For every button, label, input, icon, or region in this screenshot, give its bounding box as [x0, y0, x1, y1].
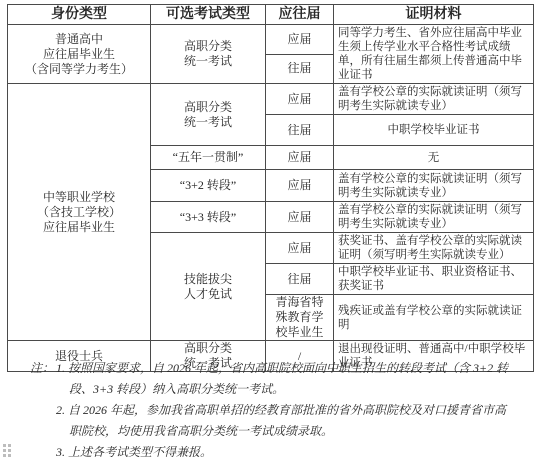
exam-type-cell: 技能拔尖 人才免试	[151, 233, 266, 341]
period-cell: 应届	[266, 170, 334, 202]
identity-cell: 普通高中 应往届毕业生 （含同等学力考生）	[8, 25, 151, 84]
document-page: 身份类型 可选考试类型 应往届 证明材料 普通高中 应往届毕业生 （含同等学力考…	[0, 0, 540, 466]
material-cell: 获奖证书、盖有学校公章的实际就读证明（须写明考生实际就读专业）	[334, 233, 534, 264]
exam-eligibility-table: 身份类型 可选考试类型 应往届 证明材料 普通高中 应往届毕业生 （含同等学力考…	[7, 4, 534, 372]
period-cell: 应届	[266, 202, 334, 233]
period-cell: 往届	[266, 115, 334, 146]
period-cell: 往届	[266, 264, 334, 295]
period-cell: 青海省特 殊教育学 校毕业生	[266, 295, 334, 341]
column-header-period: 应往届	[266, 5, 334, 25]
material-cell: 盖有学校公章的实际就读证明（须写明考生实际就读专业）	[334, 84, 534, 115]
note-item: 2. 自 2026 年起，参加我省高职单招的经教育部批准的省外高职院校及对口援青…	[56, 400, 514, 442]
period-cell: 应届	[266, 146, 334, 170]
period-cell: 应届	[266, 233, 334, 264]
exam-type-cell: 高职分类 统一考试	[151, 25, 266, 84]
material-cell: 同等学力考生、省外应往届高中毕业生须上传学业水平合格性考试成绩单，所有往届生都须…	[334, 25, 534, 84]
exam-type-cell: “五年一贯制”	[151, 146, 266, 170]
exam-type-cell: “3+3 转段”	[151, 202, 266, 233]
period-cell: 应届	[266, 84, 334, 115]
exam-type-cell: “3+2 转段”	[151, 170, 266, 202]
period-cell: 应届	[266, 25, 334, 55]
material-cell: 盖有学校公章的实际就读证明（须写明考生实际就读专业）	[334, 170, 534, 202]
drag-dots-icon	[3, 444, 11, 457]
table-row: 普通高中 应往届毕业生 （含同等学力考生） 高职分类 统一考试 应届 同等学力考…	[8, 25, 534, 55]
material-cell: 残疾证或盖有学校公章的实际就读证明	[334, 295, 534, 341]
footnotes-label: 注：	[30, 358, 56, 463]
note-item: 1. 按照国家要求，自 2026 年起，省内高职院校面向中职生招生的转段考试（含…	[56, 358, 514, 400]
material-cell: 盖有学校公章的实际就读证明（须写明考生实际就读专业）	[334, 202, 534, 233]
header-row: 身份类型 可选考试类型 应往届 证明材料	[8, 5, 534, 25]
note-item: 3. 上述各考试类型不得兼报。	[56, 442, 514, 463]
exam-type-cell: 高职分类 统一考试	[151, 84, 266, 146]
material-cell: 中职学校毕业证书、职业资格证书、获奖证书	[334, 264, 534, 295]
column-header-exam-type: 可选考试类型	[151, 5, 266, 25]
identity-cell: 中等职业学校 （含技工学校） 应往届毕业生	[8, 84, 151, 341]
footnotes-list: 1. 按照国家要求，自 2026 年起，省内高职院校面向中职生招生的转段考试（含…	[56, 358, 514, 463]
footnotes: 注： 1. 按照国家要求，自 2026 年起，省内高职院校面向中职生招生的转段考…	[30, 358, 514, 463]
period-cell: 往届	[266, 54, 334, 84]
column-header-materials: 证明材料	[334, 5, 534, 25]
material-cell: 无	[334, 146, 534, 170]
table-row: 中等职业学校 （含技工学校） 应往届毕业生 高职分类 统一考试 应届 盖有学校公…	[8, 84, 534, 115]
column-header-identity: 身份类型	[8, 5, 151, 25]
material-cell: 中职学校毕业证书	[334, 115, 534, 146]
